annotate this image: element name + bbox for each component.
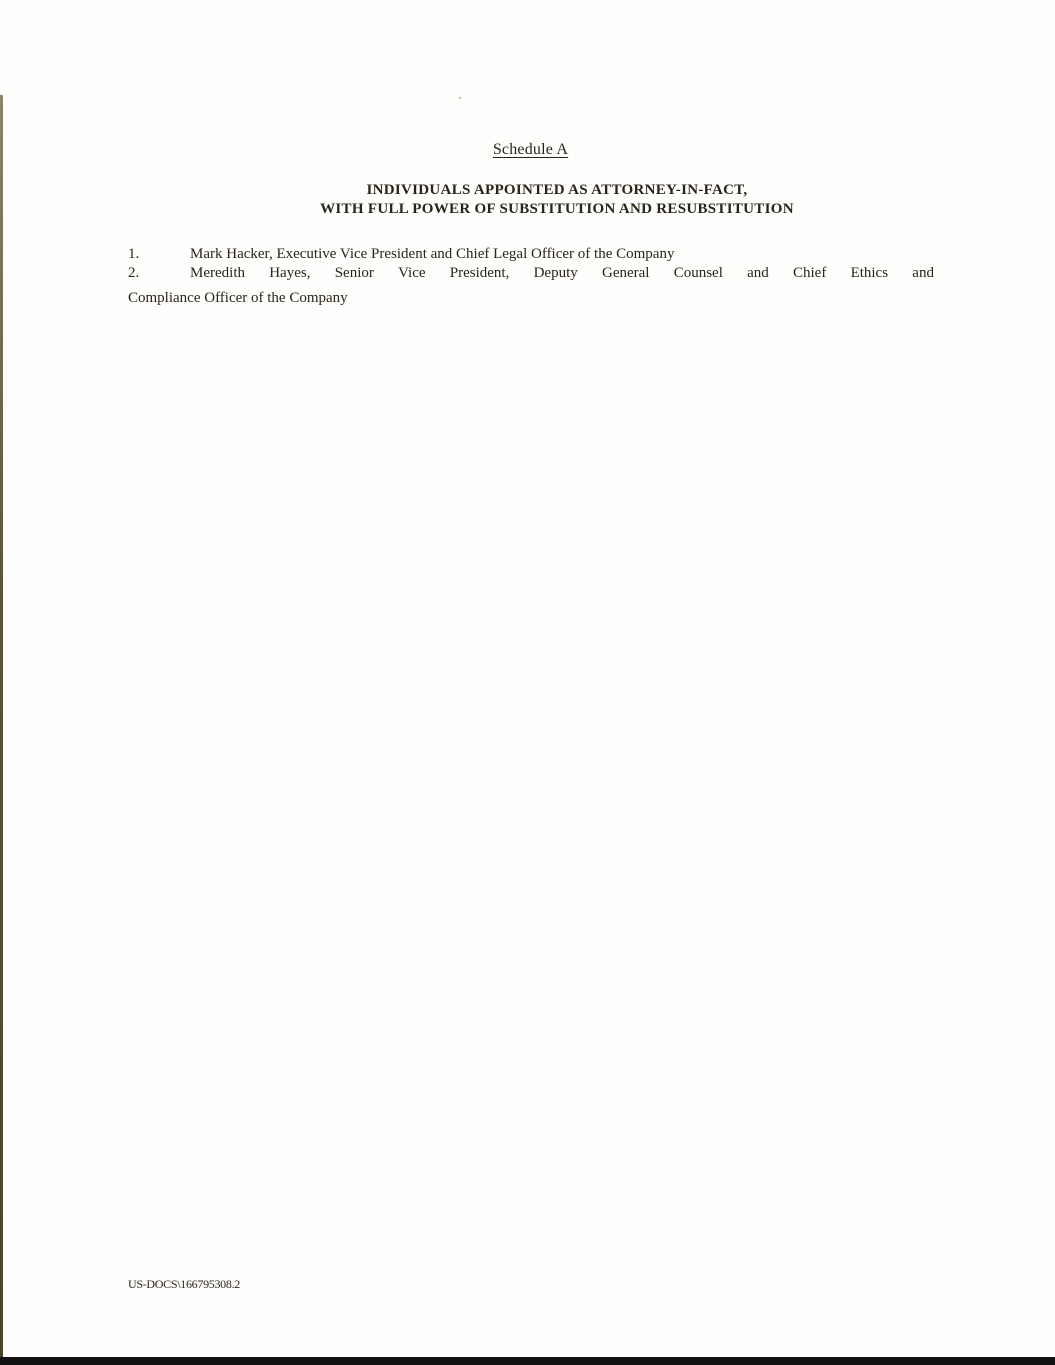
scan-speck [459,97,461,99]
heading-line-2: WITH FULL POWER OF SUBSTITUTION AND RESU… [0,201,1055,218]
document-page: Schedule A INDIVIDUALS APPOINTED AS ATTO… [0,0,1055,1365]
item-number: 1. [128,244,139,264]
item-number: 2. [128,263,139,283]
heading-line-1: INDIVIDUALS APPOINTED AS ATTORNEY-IN-FAC… [0,182,1055,199]
item-text-line-1: MeredithHayes,SeniorVicePresident,Deputy… [190,263,934,283]
schedule-title: Schedule A [0,141,1055,159]
scan-left-edge [0,95,3,1357]
scan-bottom-edge [0,1357,1055,1365]
document-id-footer: US-DOCS\166795308.2 [128,1277,240,1292]
item-text: Mark Hacker, Executive Vice President an… [190,244,674,264]
item-text-line-2: Compliance Officer of the Company [128,288,348,308]
